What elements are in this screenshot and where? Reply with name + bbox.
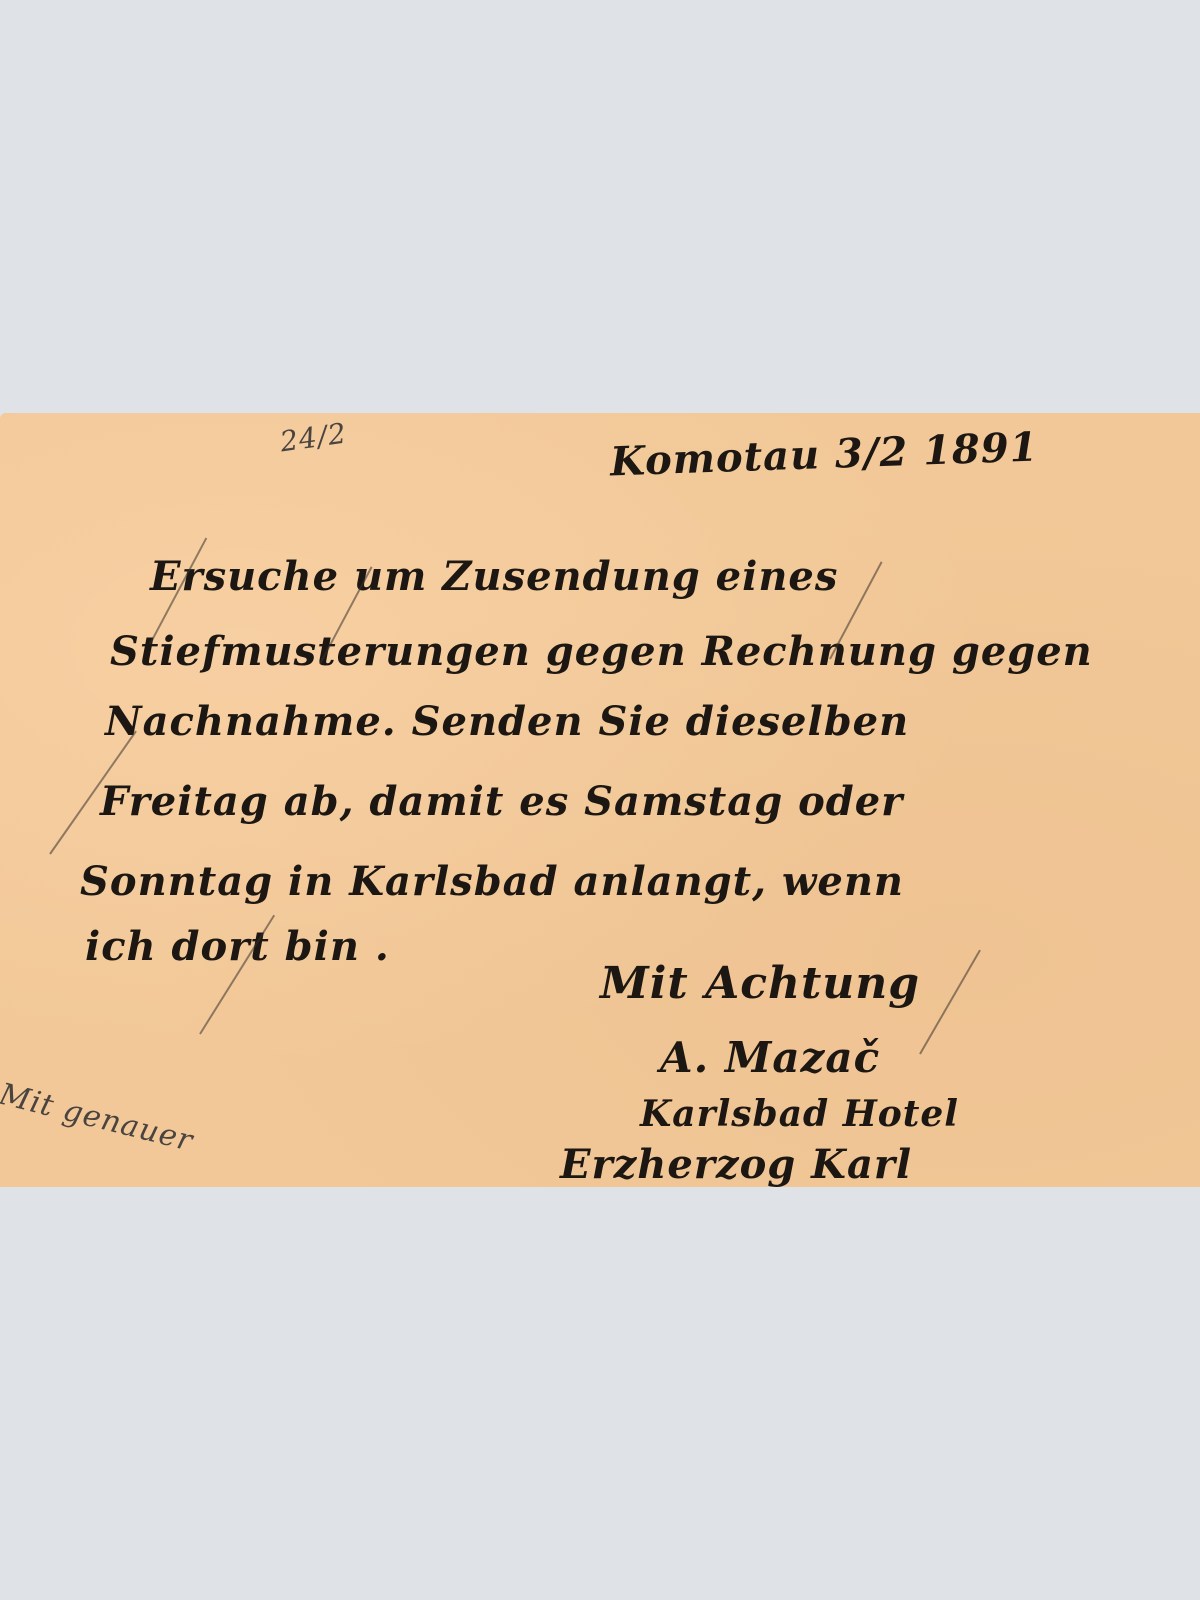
address-line: Erzherzog Karl	[560, 1141, 912, 1187]
margin-note: Mit genauer Gebrauchsanweisung bitte !	[0, 973, 369, 1187]
margin-note-line: Mit genauer	[0, 1070, 345, 1187]
postcard-image: 24/2 Komotau 3/2 1891 Ersuche um Zusendu…	[0, 413, 1200, 1187]
address-line: Karlsbad Hotel	[640, 1093, 959, 1135]
place-date: Komotau 3/2 1891	[609, 424, 1039, 486]
body-line: Freitag ab, damit es Samstag oder	[100, 778, 903, 825]
pen-stroke	[919, 950, 981, 1055]
signature: A. Mazač	[660, 1033, 880, 1082]
body-line: Sonntag in Karlsbad anlangt, wenn	[80, 858, 904, 905]
body-line: Nachnahme. Senden Sie dieselben	[105, 698, 909, 745]
document-viewer: 24/2 Komotau 3/2 1891 Ersuche um Zusendu…	[0, 0, 1200, 1600]
reference-note: 24/2	[278, 417, 349, 459]
body-line: Stiefmusterungen gegen Rechnung gegen	[110, 628, 1093, 675]
body-line: Ersuche um Zusendung eines	[150, 553, 838, 600]
body-line: ich dort bin .	[85, 923, 390, 970]
closing: Mit Achtung	[600, 958, 920, 1009]
